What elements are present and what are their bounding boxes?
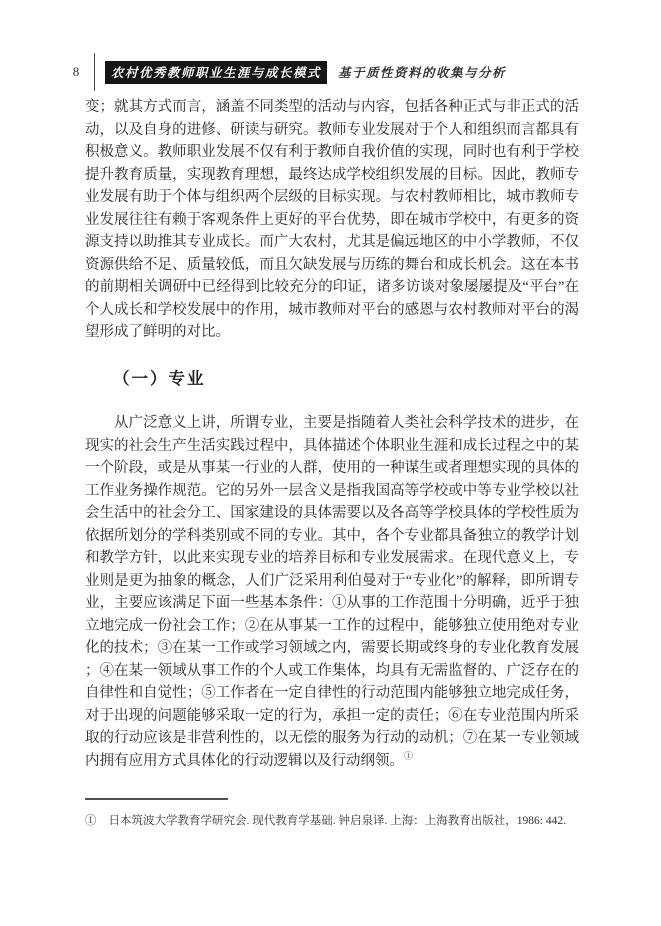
- paragraph-main: 从广泛意义上讲，所谓专业，主要是指随着人类社会科学技术的进步，在现实的社会生产生…: [85, 412, 579, 772]
- book-subtitle: 基于质性资料的收集与分析: [338, 63, 506, 81]
- section-heading: （一）专业: [113, 368, 579, 391]
- footnote-marker: ①: [85, 813, 97, 829]
- page-header: 8 农村优秀教师职业生涯与成长模式 基于质性资料的收集与分析: [70, 52, 581, 92]
- footnote-reference-mark: ①: [404, 751, 413, 761]
- page-number: 8: [70, 64, 82, 80]
- footnote-text: 日本筑波大学教育学研究会. 现代教育学基础. 钟启泉译. 上海：上海教育出版社，…: [109, 815, 566, 827]
- footnote-area: ①日本筑波大学教育学研究会. 现代教育学基础. 钟启泉译. 上海：上海教育出版社…: [85, 798, 579, 829]
- paragraph-continued: 变；就其方式而言，涵盖不同类型的活动与内容，包括各种正式与非正式的活动，以及自身…: [85, 96, 579, 344]
- book-series-title-badge: 农村优秀教师职业生涯与成长模式: [105, 61, 327, 84]
- footnote-divider-rule: [85, 798, 228, 800]
- page-body: 变；就其方式而言，涵盖不同类型的活动与内容，包括各种正式与非正式的活动，以及自身…: [85, 96, 579, 772]
- footnote: ①日本筑波大学教育学研究会. 现代教育学基础. 钟启泉译. 上海：上海教育出版社…: [85, 813, 579, 829]
- book-page: 8 农村优秀教师职业生涯与成长模式 基于质性资料的收集与分析 变；就其方式而言，…: [0, 0, 661, 926]
- header-divider-line: [94, 53, 95, 91]
- paragraph-main-text: 从广泛意义上讲，所谓专业，主要是指随着人类社会科学技术的进步，在现实的社会生产生…: [85, 415, 579, 769]
